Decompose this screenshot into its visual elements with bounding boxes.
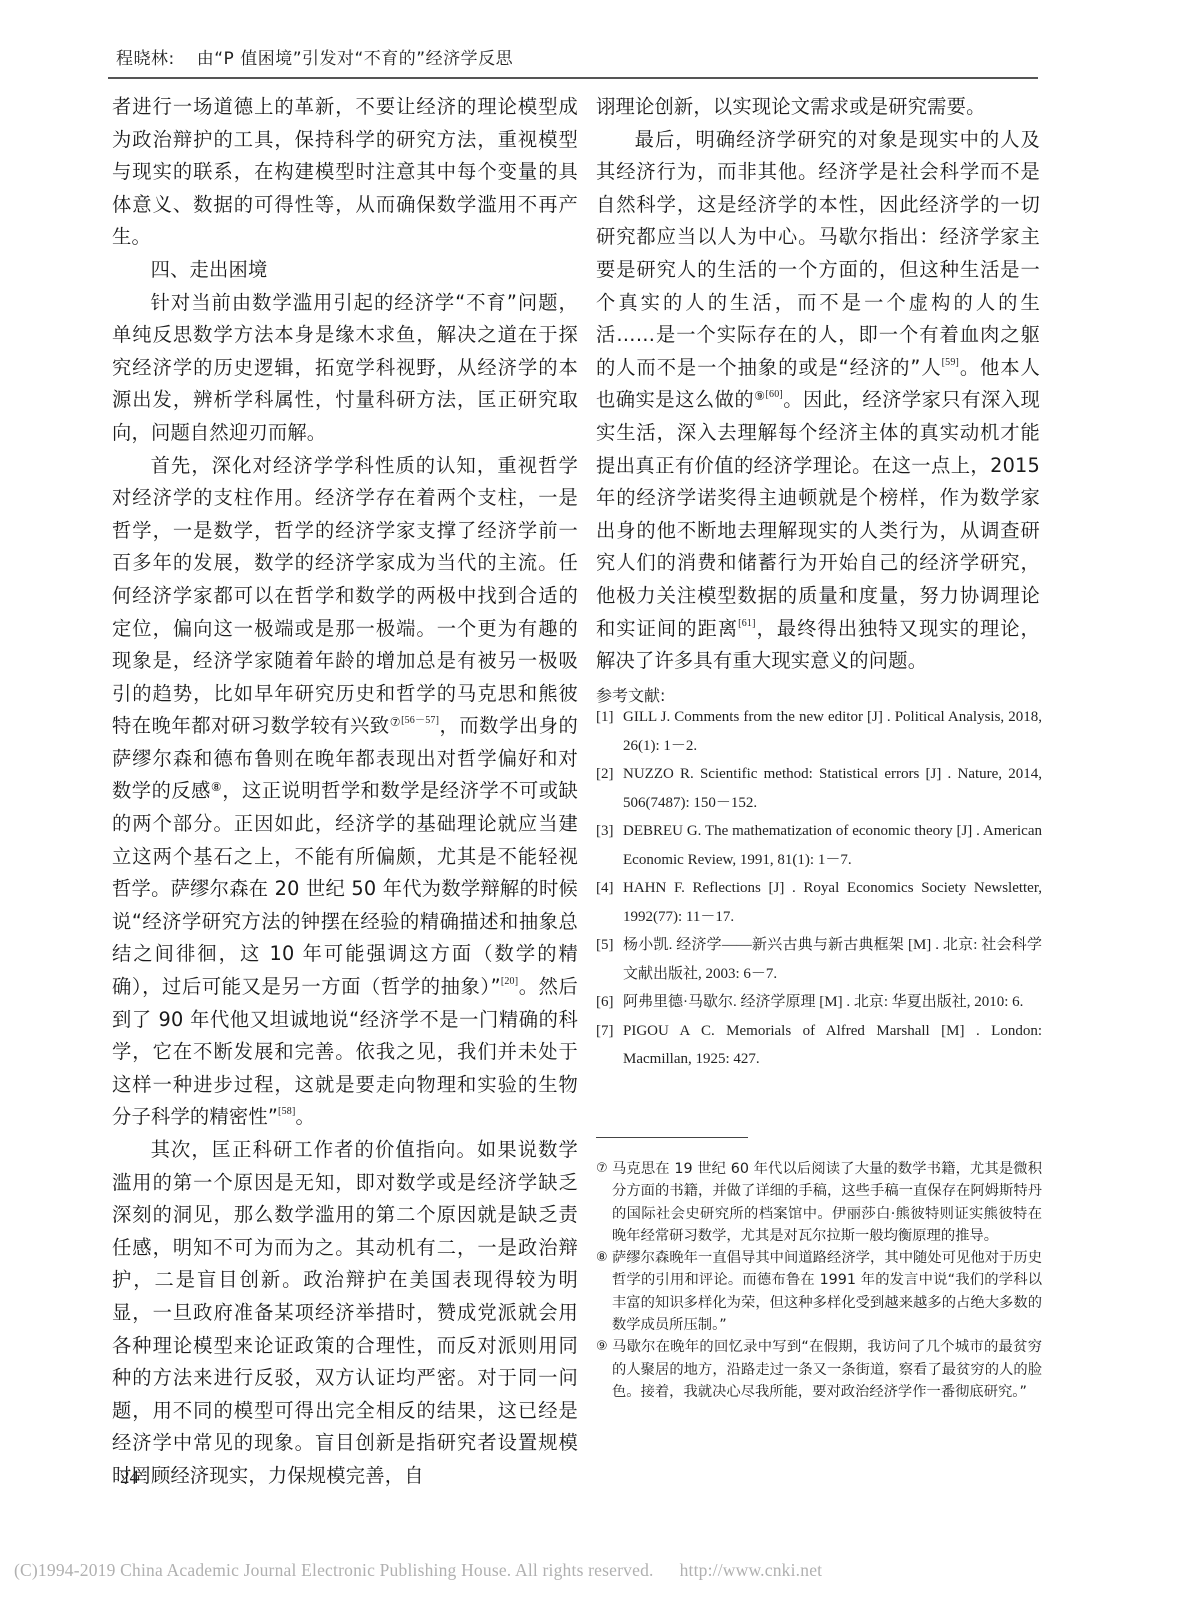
text-span: 。因此，经济学家只有深入现实生活，深入去理解每个经济主体的真实动机才能提出真正有… — [596, 388, 1040, 639]
reference-text: PIGOU A C. Memorials of Alfred Marshall … — [623, 1023, 1042, 1068]
paragraph: 诩理论创新，以实现论文需求或是研究需要。 — [596, 91, 1040, 124]
footnote-marker[interactable]: ⑨ — [754, 389, 765, 403]
footnote-mark: ⑧ — [596, 1247, 608, 1269]
section-heading: 四、走出困境 — [112, 254, 578, 287]
footnote-text: 马克思在 19 世纪 60 年代以后阅读了大量的数学书籍，尤其是微积分方面的书籍… — [612, 1161, 1042, 1244]
reference-item: [5]杨小凯. 经济学——新兴古典与新古典框架 [M] . 北京: 社会科学文献… — [602, 931, 1042, 988]
footnote-item: ⑧萨缪尔森晚年一直倡导其中间道路经济学，其中随处可见他对于历史哲学的引用和评论。… — [596, 1247, 1042, 1336]
paragraph: 其次，匡正科研工作者的价值指向。如果说数学滥用的第一个原因是无知，即对数学或是经… — [112, 1134, 578, 1493]
citation[interactable]: [58] — [278, 1106, 295, 1117]
reference-text: HAHN F. Reflections [J] . Royal Economic… — [623, 880, 1042, 925]
right-column: 诩理论创新，以实现论文需求或是研究需要。 最后，明确经济学研究的对象是现实中的人… — [596, 91, 1040, 678]
citation[interactable]: [61] — [738, 618, 755, 629]
paragraph: 最后，明确经济学研究的对象是现实中的人及其经济行为，而非其他。经济学是社会科学而… — [596, 124, 1040, 678]
reference-text: GILL J. Comments from the new editor [J]… — [623, 709, 1042, 754]
reference-number: [6] — [596, 988, 614, 1017]
running-header: 程晓林:由“P 值困境”引发对“不育的”经济学反思 — [116, 44, 513, 69]
reference-item: [6]阿弗里德·马歇尔. 经济学原理 [M] . 北京: 华夏出版社, 2010… — [602, 988, 1042, 1017]
reference-number: [4] — [596, 874, 614, 903]
footnote-mark: ⑨ — [596, 1336, 608, 1358]
footnote-marker[interactable]: ⑧ — [211, 780, 222, 794]
reference-number: [5] — [596, 931, 614, 960]
text-span: 最后，明确经济学研究的对象是现实中的人及其经济行为，而非其他。经济学是社会科学而… — [596, 128, 1040, 379]
page-number: 24 — [120, 1467, 139, 1489]
paragraph: 针对当前由数学滥用引起的经济学“不育”问题，单纯反思数学方法本身是缘木求鱼，解决… — [112, 287, 578, 450]
footnote-text: 萨缪尔森晚年一直倡导其中间道路经济学，其中随处可见他对于历史哲学的引用和评论。而… — [612, 1250, 1042, 1333]
left-column: 者进行一场道德上的革新，不要让经济的理论模型成为政治辩护的工具，保持科学的研究方… — [112, 91, 578, 1493]
reference-number: [7] — [596, 1017, 614, 1046]
citation[interactable]: [56－57] — [401, 715, 439, 726]
reference-number: [1] — [596, 703, 614, 732]
reference-text: DEBREU G. The mathematization of economi… — [623, 823, 1042, 868]
reference-item: [1]GILL J. Comments from the new editor … — [602, 703, 1042, 760]
header-divider — [108, 77, 1038, 79]
reference-text: 阿弗里德·马歇尔. 经济学原理 [M] . 北京: 华夏出版社, 2010: 6… — [623, 994, 1023, 1010]
text-span: 。 — [296, 1105, 315, 1128]
reference-item: [4]HAHN F. Reflections [J] . Royal Econo… — [602, 874, 1042, 931]
reference-item: [3]DEBREU G. The mathematization of econ… — [602, 817, 1042, 874]
references-list: [1]GILL J. Comments from the new editor … — [602, 703, 1042, 1074]
header-author: 程晓林: — [116, 49, 175, 69]
footnote-text: 马歇尔在晚年的回忆录中写到“在假期，我访问了几个城市的最贫穷的人聚居的地方，沿路… — [612, 1339, 1042, 1400]
paragraph: 者进行一场道德上的革新，不要让经济的理论模型成为政治辩护的工具，保持科学的研究方… — [112, 91, 578, 254]
copyright-notice: (C)1994-2019 China Academic Journal Elec… — [14, 1560, 1174, 1581]
footnotes: ⑦马克思在 19 世纪 60 年代以后阅读了大量的数学书籍，尤其是微积分方面的书… — [596, 1158, 1042, 1403]
reference-text: NUZZO R. Scientific method: Statistical … — [623, 766, 1042, 811]
citation[interactable]: [59] — [942, 357, 959, 368]
reference-text: 杨小凯. 经济学——新兴古典与新古典框架 [M] . 北京: 社会科学文献出版社… — [623, 937, 1042, 982]
footnote-item: ⑨马歇尔在晚年的回忆录中写到“在假期，我访问了几个城市的最贫穷的人聚居的地方，沿… — [596, 1336, 1042, 1403]
text-span: 。然后到了 90 年代他又坦诚地说“经济学不是一门精确的科学，它在不断发展和完善… — [112, 975, 578, 1128]
reference-number: [3] — [596, 817, 614, 846]
copyright-url[interactable]: http://www.cnki.net — [680, 1560, 823, 1580]
reference-item: [7]PIGOU A C. Memorials of Alfred Marsha… — [602, 1017, 1042, 1074]
footnote-item: ⑦马克思在 19 世纪 60 年代以后阅读了大量的数学书籍，尤其是微积分方面的书… — [596, 1158, 1042, 1247]
copyright-text: (C)1994-2019 China Academic Journal Elec… — [14, 1560, 654, 1580]
paragraph: 首先，深化对经济学学科性质的认知，重视哲学对经济学的支柱作用。经济学存在着两个支… — [112, 450, 578, 1134]
citation[interactable]: [20] — [501, 976, 518, 987]
footnote-divider — [596, 1137, 748, 1138]
text-span: 首先，深化对经济学学科性质的认知，重视哲学对经济学的支柱作用。经济学存在着两个支… — [112, 454, 578, 738]
text-span: ，这正说明哲学和数学是经济学不可或缺的两个部分。正因如此，经济学的基础理论就应当… — [112, 779, 578, 998]
citation[interactable]: [60] — [765, 389, 782, 400]
footnote-marker[interactable]: ⑦ — [390, 715, 401, 729]
reference-number: [2] — [596, 760, 614, 789]
header-title: 由“P 值困境”引发对“不育的”经济学反思 — [197, 49, 513, 69]
reference-item: [2]NUZZO R. Scientific method: Statistic… — [602, 760, 1042, 817]
footnote-mark: ⑦ — [596, 1158, 608, 1180]
